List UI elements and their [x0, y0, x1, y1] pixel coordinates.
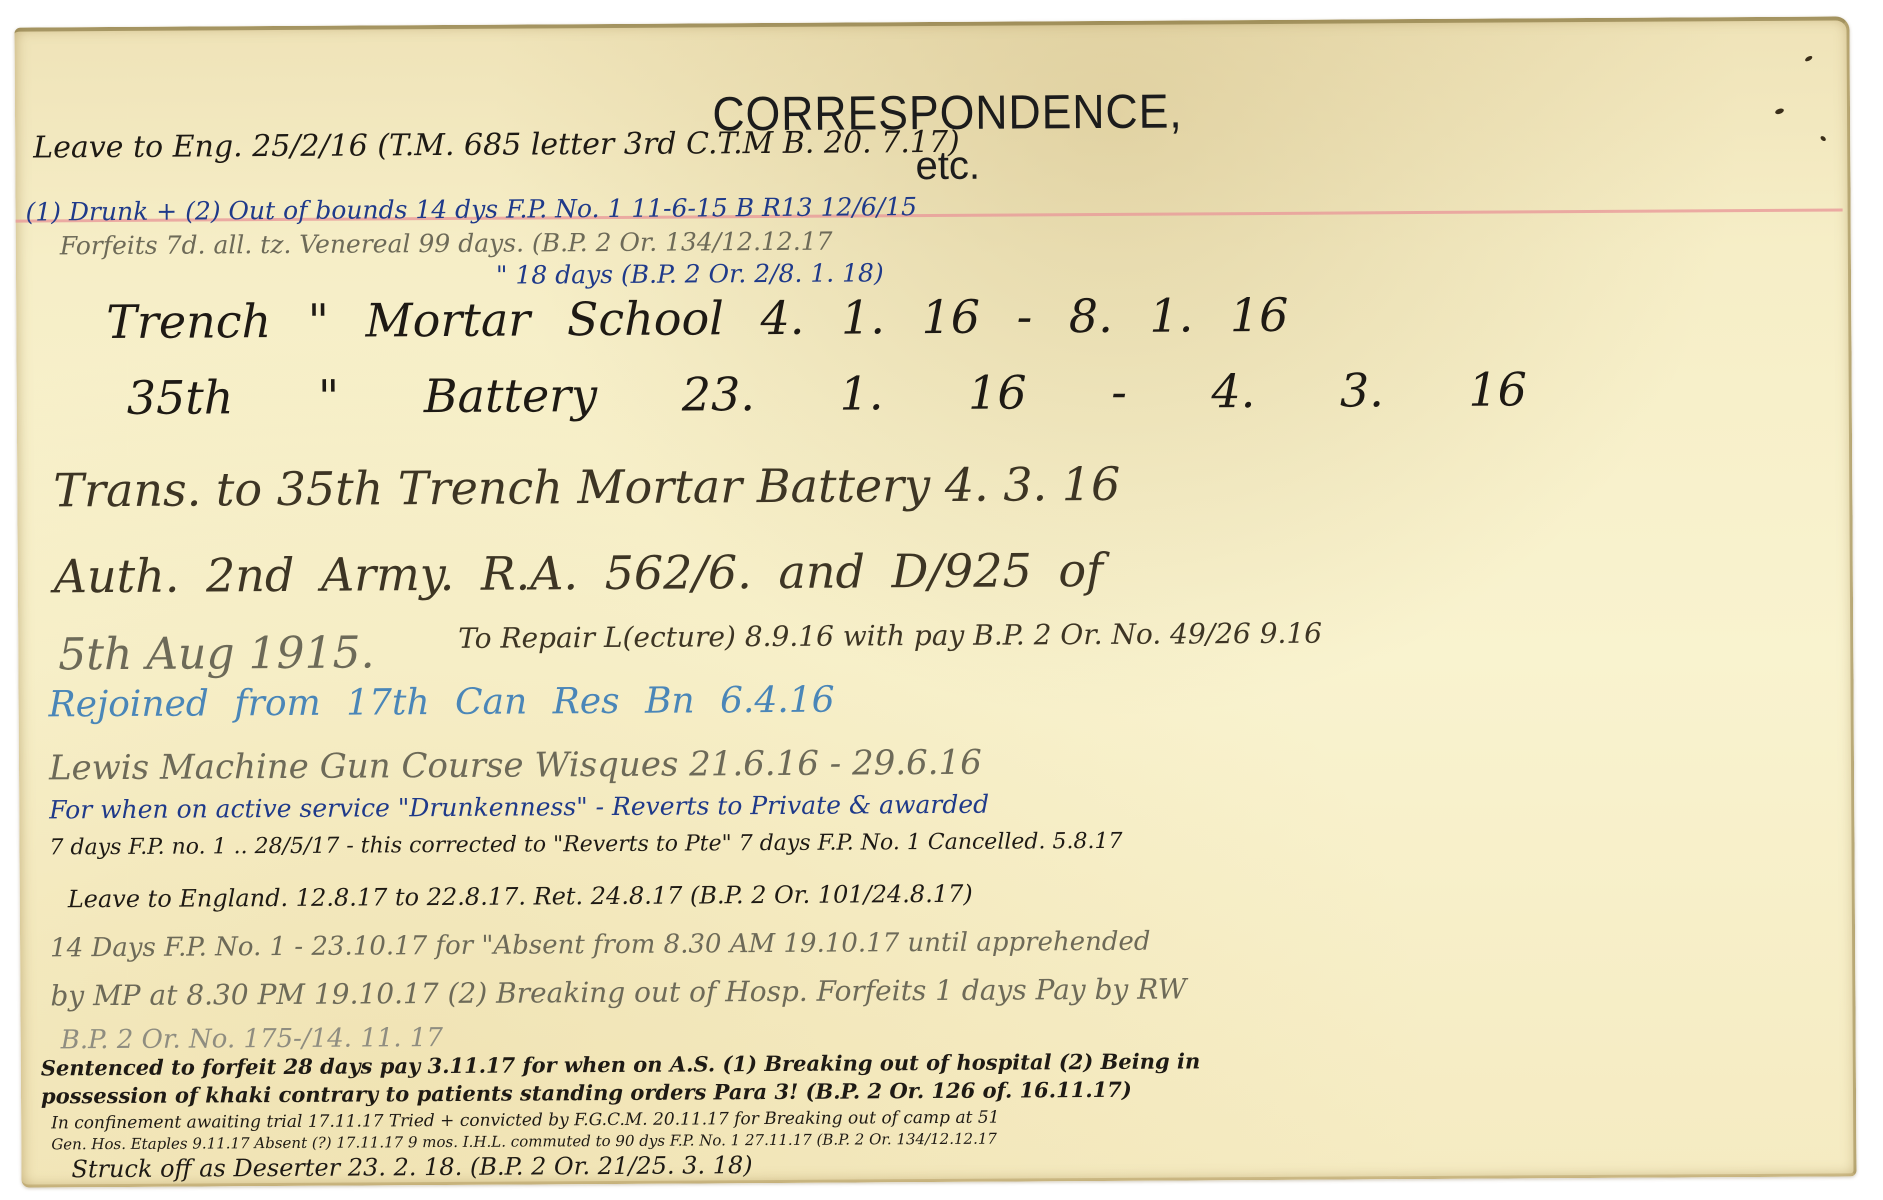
entry-lewis-gun: Lewis Machine Gun Course Wisques 21.6.16… [49, 746, 982, 786]
entry-tm-school: Trench " Mortar School 4. 1. 16 - 8. 1. … [106, 292, 1288, 345]
entry-corrected: 7 days F.P. no. 1 .. 28/5/17 - this corr… [49, 831, 1122, 860]
entry-rejoined: Rejoined from 17th Can Res Bn 6.4.16 [49, 683, 835, 724]
entry-possession: possession of khaki contrary to patients… [41, 1079, 1132, 1107]
entry-tm-battery: 35th " Battery 23. 1. 16 - 4. 3. 16 [127, 366, 1527, 421]
entry-confinement: In confinement awaiting trial 17.11.17 T… [51, 1110, 999, 1133]
entry-drunkenness: For when on active service "Drunkenness"… [49, 792, 989, 823]
entry-gen-hos: Gen. Hos. Etaples 9.11.17 Absent (?) 17.… [51, 1132, 997, 1153]
entry-struck-off: Struck off as Deserter 23. 2. 18. (B.P. … [71, 1153, 752, 1181]
entry-bp-175: B.P. 2 Or. No. 175-/14. 11. 17 [61, 1025, 443, 1053]
entry-forfeits-18days: " 18 days (B.P. 2 Or. 2/8. 1. 18) [496, 260, 884, 287]
entry-drunk-1915: (1) Drunk + (2) Out of bounds 14 dys F.P… [26, 194, 918, 224]
entry-forfeits-venereal: Forfeits 7d. all. tz. Venereal 99 days. … [60, 229, 833, 259]
service-record-card: CORRESPONDENCE, etc. Leave to Eng. 25/2/… [14, 16, 1856, 1187]
entry-auth: Auth. 2nd Army. R.A. 562/6. and D/925 of [54, 547, 1104, 599]
entry-leave-1917: Leave to England. 12.8.17 to 22.8.17. Re… [68, 882, 973, 912]
entry-repair-lecture: To Repair L(ecture) 8.9.16 with pay B.P.… [458, 620, 1322, 653]
entry-absent: 14 Days F.P. No. 1 - 23.10.17 for "Absen… [50, 929, 1151, 962]
entry-mp: by MP at 8.30 PM 19.10.17 (2) Breaking o… [50, 975, 1186, 1010]
entry-sentenced: Sentenced to forfeit 28 days pay 3.11.17… [41, 1050, 1201, 1078]
ink-speck [1804, 55, 1813, 62]
entry-trans: Trans. to 35th Trench Mortar Battery 4. … [53, 461, 1120, 514]
entry-auth-date: 5th Aug 1915. [58, 631, 374, 677]
entry-leave-1916: Leave to Eng. 25/2/16 (T.M. 685 letter 3… [33, 128, 960, 164]
